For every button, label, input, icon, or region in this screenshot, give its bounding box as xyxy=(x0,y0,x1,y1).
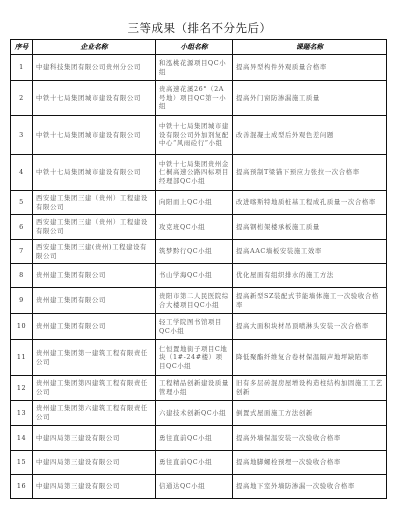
serial-number-cell: 3 xyxy=(11,116,33,155)
page-title: 三等成果（排名不分先后） xyxy=(0,20,399,36)
table-row: 3中铁十七局集团城市建设有限公司中铁十七局集团城市建设有限公司外加剂复配中心“风… xyxy=(11,116,387,155)
company-name-cell: 贵州建工集团有限公司 xyxy=(33,288,156,314)
company-name-cell: 中铁十七局集团城市建设有限公司 xyxy=(33,81,156,116)
serial-number-cell: 14 xyxy=(11,426,33,451)
header-group-name: 小组名称 xyxy=(156,40,233,55)
table-row: 4中铁十七局集团城市建设有限公司中铁十七局集团贵州金仁桐高速公路四标项目经理部Q… xyxy=(11,155,387,191)
company-name-cell: 中建科技集团有限公司贵州分公司 xyxy=(33,55,156,81)
topic-name-cell: 提高大面积块材吊顶喷淋头安装一次合格率 xyxy=(233,314,387,340)
topic-name-cell: 提高地脚螺栓预埋一次验收合格率 xyxy=(233,451,387,475)
company-name-cell: 中建四局第三建设有限公司 xyxy=(33,451,156,475)
topic-name-cell: 改善混凝土成型后外观色差问题 xyxy=(233,116,387,155)
serial-number-cell: 12 xyxy=(11,376,33,401)
group-name-cell: 和泓桃花源项目QC小组 xyxy=(156,55,233,81)
serial-number-cell: 9 xyxy=(11,288,33,314)
table-row: 5西安建工集团三建（贵州）工程建设有限公司向阳而上QC小组改进喀斯特地质桩基工程… xyxy=(11,191,387,215)
topic-name-cell: 提高地下室外墙防渗漏一次验收合格率 xyxy=(233,475,387,499)
table-row: 15中建四局第三建设有限公司勇往直前QC小组提高地脚螺栓预埋一次验收合格率 xyxy=(11,451,387,475)
table-row: 7西安建工集团三建(贵州)工程建设有限公司筑梦黔行QC小组提高AAC墙板安装施工… xyxy=(11,240,387,264)
group-name-cell: 勇往直前QC小组 xyxy=(156,451,233,475)
group-name-cell: 向阳而上QC小组 xyxy=(156,191,233,215)
topic-name-cell: 提高外墙保温安装一次验收合格率 xyxy=(233,426,387,451)
company-name-cell: 贵州建工集团有限公司 xyxy=(33,314,156,340)
table-row: 12贵州建工集团第四建筑工程有限责任公司工程精品创新建设质量管理小组旧有多层砖混… xyxy=(11,376,387,401)
group-name-cell: 勇往直前QC小组 xyxy=(156,426,233,451)
topic-name-cell: 旧有多层砖混房屋增设构造柱结构加固施工工艺创新 xyxy=(233,376,387,401)
company-name-cell: 贵州建工集团有限公司 xyxy=(33,264,156,288)
table-row: 9贵州建工集团有限公司贵阳市第二人民医院综合大楼项目QC小组提高新型SZ装配式节… xyxy=(11,288,387,314)
group-name-cell: 信通达QC小组 xyxy=(156,475,233,499)
company-name-cell: 西安建工集团三建(贵州)工程建设有限公司 xyxy=(33,240,156,264)
group-name-cell: 书山学海QC小组 xyxy=(156,264,233,288)
topic-name-cell: 改进喀斯特地质桩基工程成孔质量一次合格率 xyxy=(233,191,387,215)
topic-name-cell: 提高钢桁架楼承板施工质量 xyxy=(233,215,387,240)
group-name-cell: 贵阳市第二人民医院综合大楼项目QC小组 xyxy=(156,288,233,314)
serial-number-cell: 6 xyxy=(11,215,33,240)
company-name-cell: 中铁十七局集团城市建设有限公司 xyxy=(33,155,156,191)
table-row: 16中建四局第三建设有限公司信通达QC小组提高地下室外墙防渗漏一次验收合格率 xyxy=(11,475,387,499)
company-name-cell: 贵州建工集团第六建筑工程有限责任公司 xyxy=(33,401,156,426)
group-name-cell: 工程精品创新建设质量管理小组 xyxy=(156,376,233,401)
group-name-cell: 贵高速花溪26°（2A号地）项目QC第一小组 xyxy=(156,81,233,116)
group-name-cell: 攻克班QC小组 xyxy=(156,215,233,240)
company-name-cell: 中建四局第三建设有限公司 xyxy=(33,426,156,451)
serial-number-cell: 4 xyxy=(11,155,33,191)
serial-number-cell: 15 xyxy=(11,451,33,475)
group-name-cell: 中铁十七局集团城市建设有限公司外加剂复配中心“风雨砼行”小组 xyxy=(156,116,233,155)
group-name-cell: 轻工学院图书馆项目QC小组 xyxy=(156,314,233,340)
topic-name-cell: 提高AAC墙板安装施工效率 xyxy=(233,240,387,264)
table-row: 6西安建工集团三建（贵州）工程建设有限公司攻克班QC小组提高钢桁架楼承板施工质量 xyxy=(11,215,387,240)
table-row: 14中建四局第三建设有限公司勇往直前QC小组提高外墙保温安装一次验收合格率 xyxy=(11,426,387,451)
serial-number-cell: 16 xyxy=(11,475,33,499)
group-name-cell: 中铁十七局集团贵州金仁桐高速公路四标项目经理部QC小组 xyxy=(156,155,233,191)
table-header-row: 序号 企业名称 小组名称 课题名称 xyxy=(11,40,387,55)
topic-name-cell: 提高异型构件外观质量合格率 xyxy=(233,55,387,81)
header-company-name: 企业名称 xyxy=(33,40,156,55)
company-name-cell: 贵州建工集团第一建筑工程有限责任公司 xyxy=(33,340,156,376)
results-table: 序号 企业名称 小组名称 课题名称 1中建科技集团有限公司贵州分公司和泓桃花源项… xyxy=(10,39,387,499)
serial-number-cell: 1 xyxy=(11,55,33,81)
group-name-cell: 仁恒置地街子项目C地块（1#-24#楼）项目QC小组 xyxy=(156,340,233,376)
company-name-cell: 贵州建工集团第四建筑工程有限责任公司 xyxy=(33,376,156,401)
company-name-cell: 西安建工集团三建（贵州）工程建设有限公司 xyxy=(33,191,156,215)
table-row: 8贵州建工集团有限公司书山学海QC小组优化屋面有组织排水的施工方法 xyxy=(11,264,387,288)
serial-number-cell: 7 xyxy=(11,240,33,264)
header-serial-number: 序号 xyxy=(11,40,33,55)
company-name-cell: 中铁十七局集团城市建设有限公司 xyxy=(33,116,156,155)
table-row: 10贵州建工集团有限公司轻工学院图书馆项目QC小组提高大面积块材吊顶喷淋头安装一… xyxy=(11,314,387,340)
header-topic-name: 课题名称 xyxy=(233,40,387,55)
topic-name-cell: 提高新型SZ装配式节能墙体施工一次验收合格率 xyxy=(233,288,387,314)
topic-name-cell: 优化屋面有组织排水的施工方法 xyxy=(233,264,387,288)
topic-name-cell: 倒置式屋面施工方法创新 xyxy=(233,401,387,426)
group-name-cell: 六建技术创新QC小组 xyxy=(156,401,233,426)
table-row: 2中铁十七局集团城市建设有限公司贵高速花溪26°（2A号地）项目QC第一小组提高… xyxy=(11,81,387,116)
serial-number-cell: 13 xyxy=(11,401,33,426)
serial-number-cell: 10 xyxy=(11,314,33,340)
table-body: 1中建科技集团有限公司贵州分公司和泓桃花源项目QC小组提高异型构件外观质量合格率… xyxy=(11,55,387,499)
serial-number-cell: 11 xyxy=(11,340,33,376)
topic-name-cell: 提高预制T梁锚下预应力张拉一次合格率 xyxy=(233,155,387,191)
table-row: 13贵州建工集团第六建筑工程有限责任公司六建技术创新QC小组倒置式屋面施工方法创… xyxy=(11,401,387,426)
table-row: 1中建科技集团有限公司贵州分公司和泓桃花源项目QC小组提高异型构件外观质量合格率 xyxy=(11,55,387,81)
company-name-cell: 中建四局第三建设有限公司 xyxy=(33,475,156,499)
topic-name-cell: 提高外门窗防渗漏施工质量 xyxy=(233,81,387,116)
serial-number-cell: 2 xyxy=(11,81,33,116)
serial-number-cell: 8 xyxy=(11,264,33,288)
serial-number-cell: 5 xyxy=(11,191,33,215)
group-name-cell: 筑梦黔行QC小组 xyxy=(156,240,233,264)
company-name-cell: 西安建工集团三建（贵州）工程建设有限公司 xyxy=(33,215,156,240)
topic-name-cell: 降低聚酯纤维复合卷材保温隔声地坪缺陷率 xyxy=(233,340,387,376)
table-row: 11贵州建工集团第一建筑工程有限责任公司仁恒置地街子项目C地块（1#-24#楼）… xyxy=(11,340,387,376)
